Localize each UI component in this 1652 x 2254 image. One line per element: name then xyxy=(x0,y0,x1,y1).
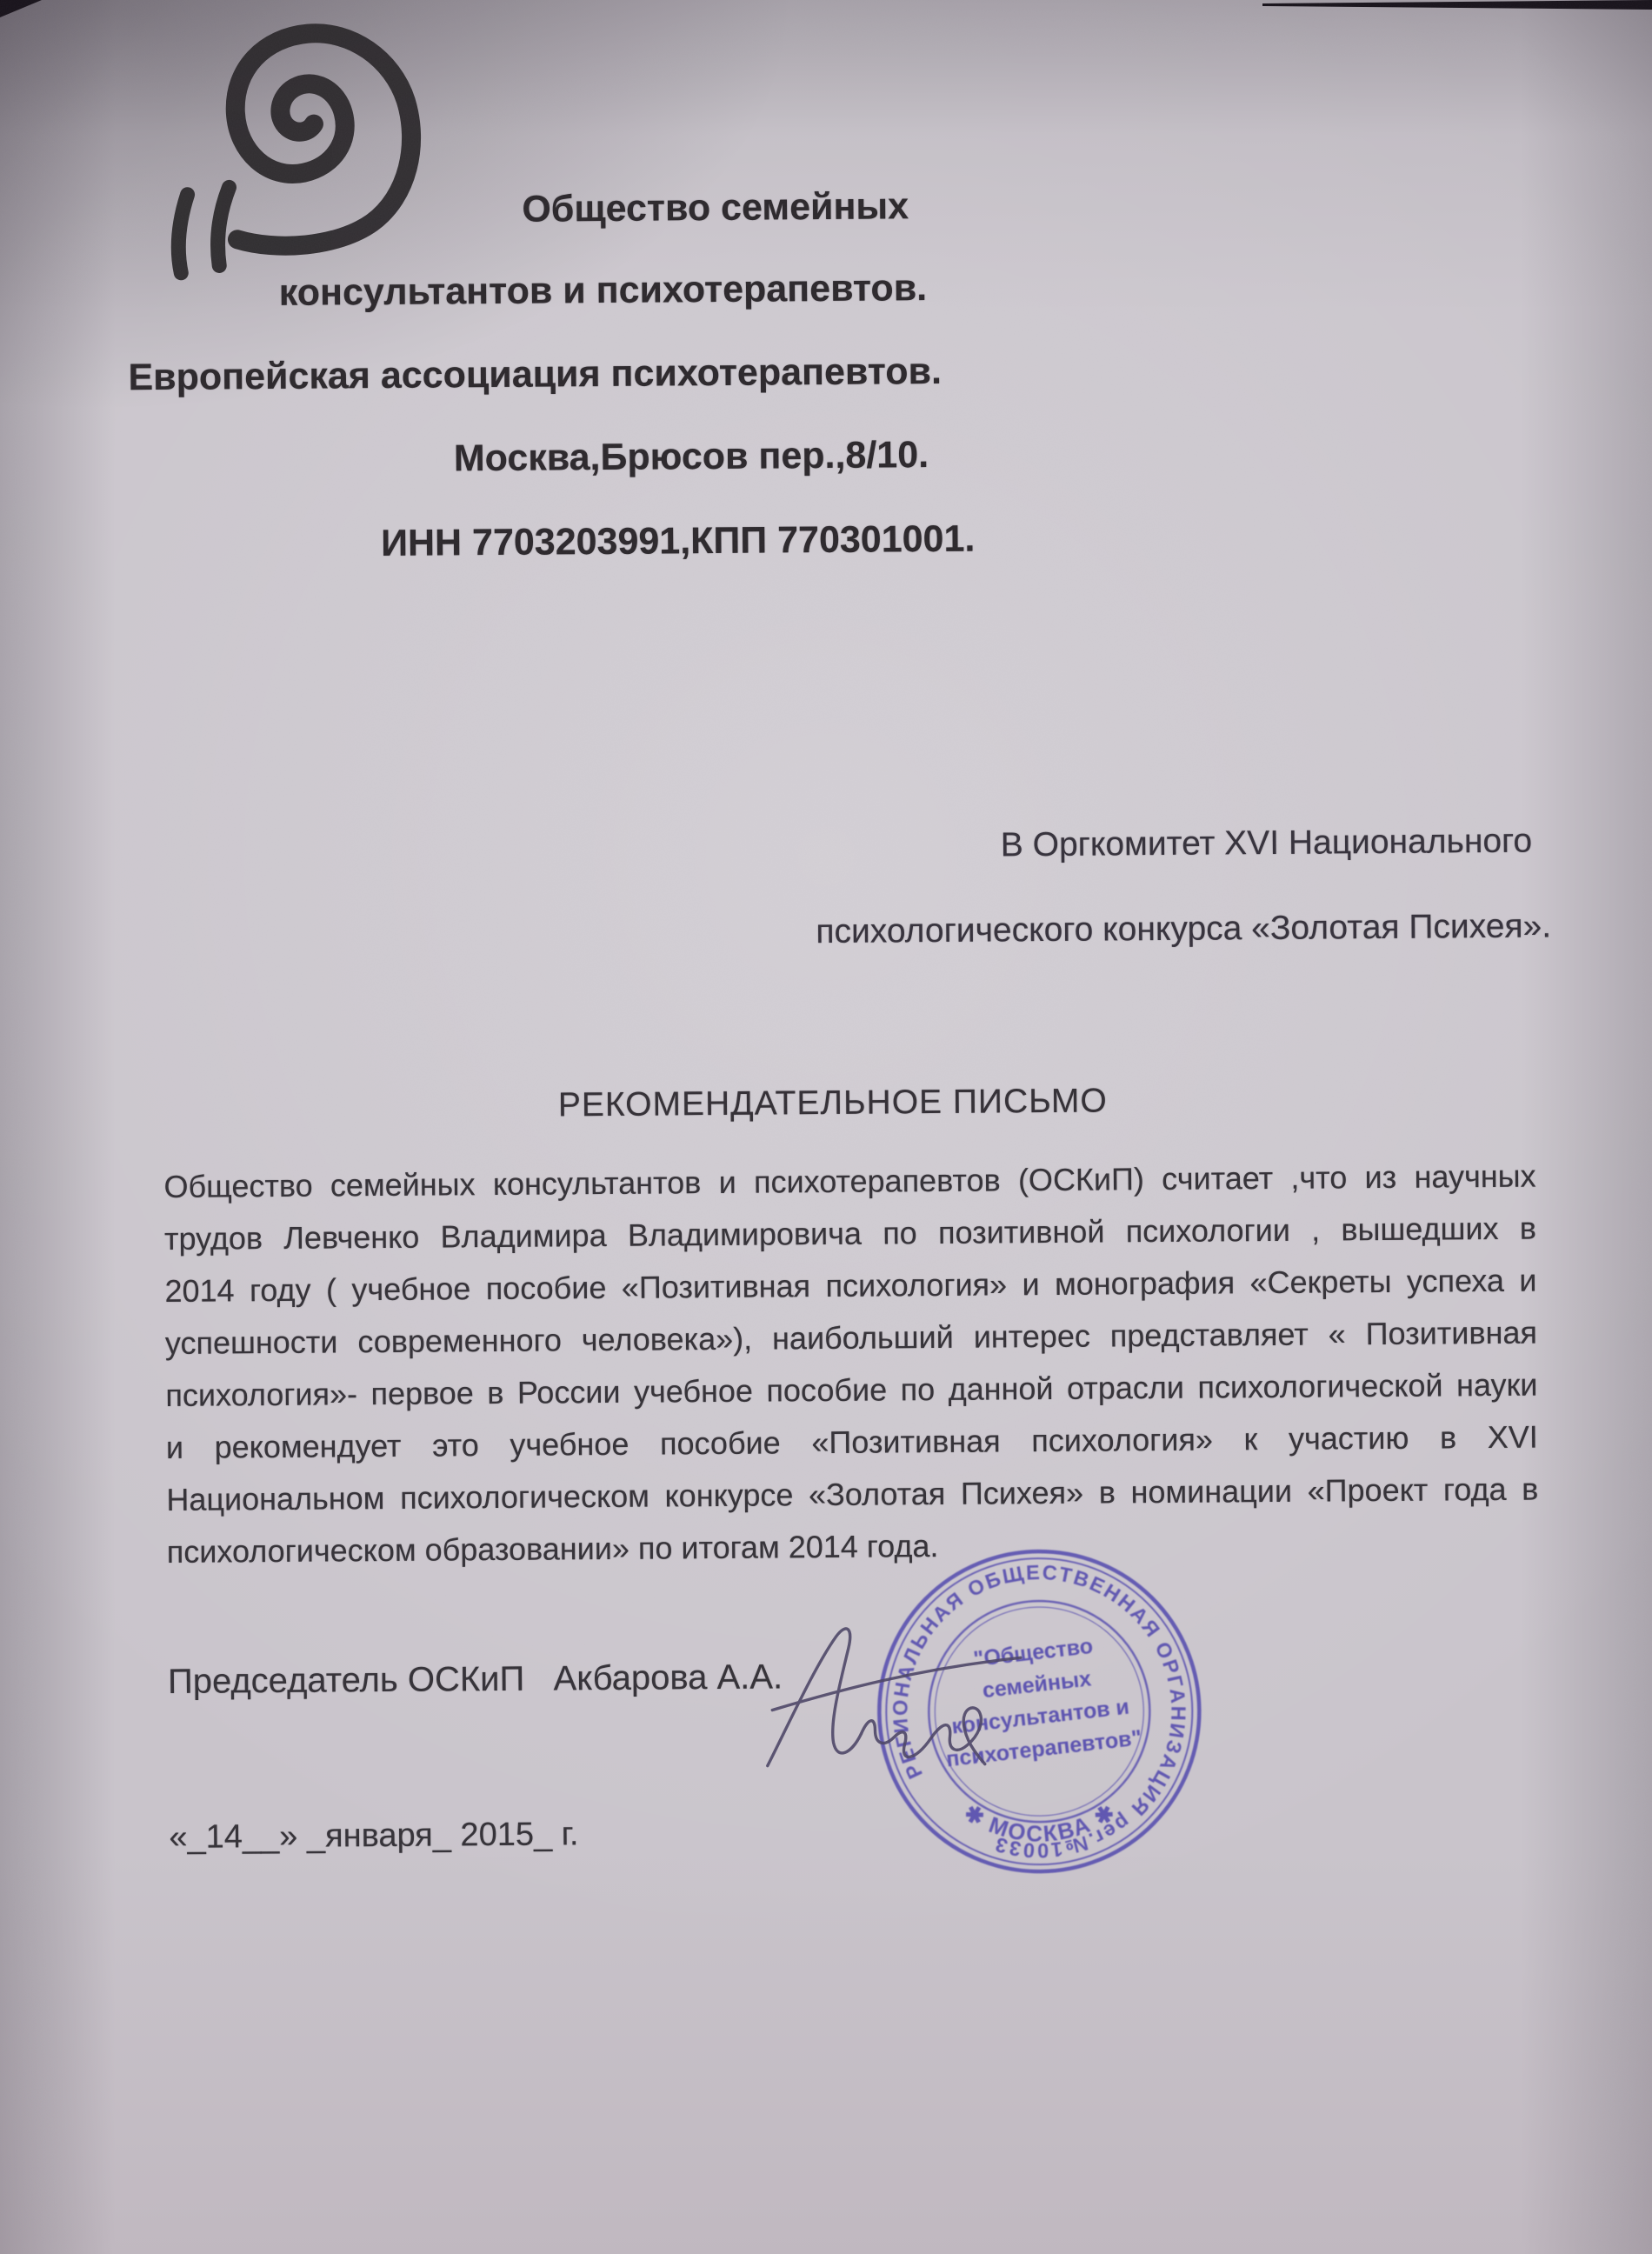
snail-spiral-logo-icon xyxy=(153,14,433,286)
org-name-line-1: Общество семейных xyxy=(522,185,909,230)
org-inn-kpp-line: ИНН 7703203991,КПП 770301001. xyxy=(381,518,976,565)
addressee-line-1: В Оргкомитет XVI Национального xyxy=(1001,823,1533,865)
body-line: Общество семейных консультантов и психот… xyxy=(163,1158,1535,1205)
org-name-line-2: консультантов и психотерапевтов. xyxy=(279,267,928,315)
body-line: психология»- первое в России учебное пос… xyxy=(165,1367,1537,1414)
spiral-shell xyxy=(235,32,412,246)
body-line: трудов Левченко Владимира Владимировича … xyxy=(164,1210,1536,1257)
scanned-letter-page: { "document_type": "scanned recommendati… xyxy=(0,0,1652,2254)
signer-line: Председатель ОСКиП Акбарова А.А. xyxy=(168,1657,783,1702)
date-line: «_14__» _января_ 2015_ г. xyxy=(169,1816,578,1857)
signature-stroke-letters xyxy=(861,1708,985,1765)
page-content: Общество семейных консультантов и психот… xyxy=(0,0,1652,2254)
body-line: и рекомендует это учебное пособие «Позит… xyxy=(166,1419,1538,1466)
handwritten-signature xyxy=(759,1605,1030,1781)
body-line: успешности современного человека»), наиб… xyxy=(165,1315,1537,1362)
addressee-line-2: психологического конкурса «Золотая Психе… xyxy=(816,907,1551,951)
body-line: Национальном психологическом конкурсе «З… xyxy=(166,1471,1538,1518)
org-address-line: Москва,Брюсов пер.,8/10. xyxy=(454,434,929,480)
org-association-line: Европейская ассоциация психотерапевтов. xyxy=(128,350,942,399)
motion-dash-left xyxy=(178,195,189,273)
body-line: 2014 году ( учебное пособие «Позитивная … xyxy=(164,1263,1536,1310)
motion-dash-right xyxy=(217,187,230,265)
letter-title: РЕКОМЕНДАТЕЛЬНОЕ ПИСЬМО xyxy=(558,1082,1108,1124)
